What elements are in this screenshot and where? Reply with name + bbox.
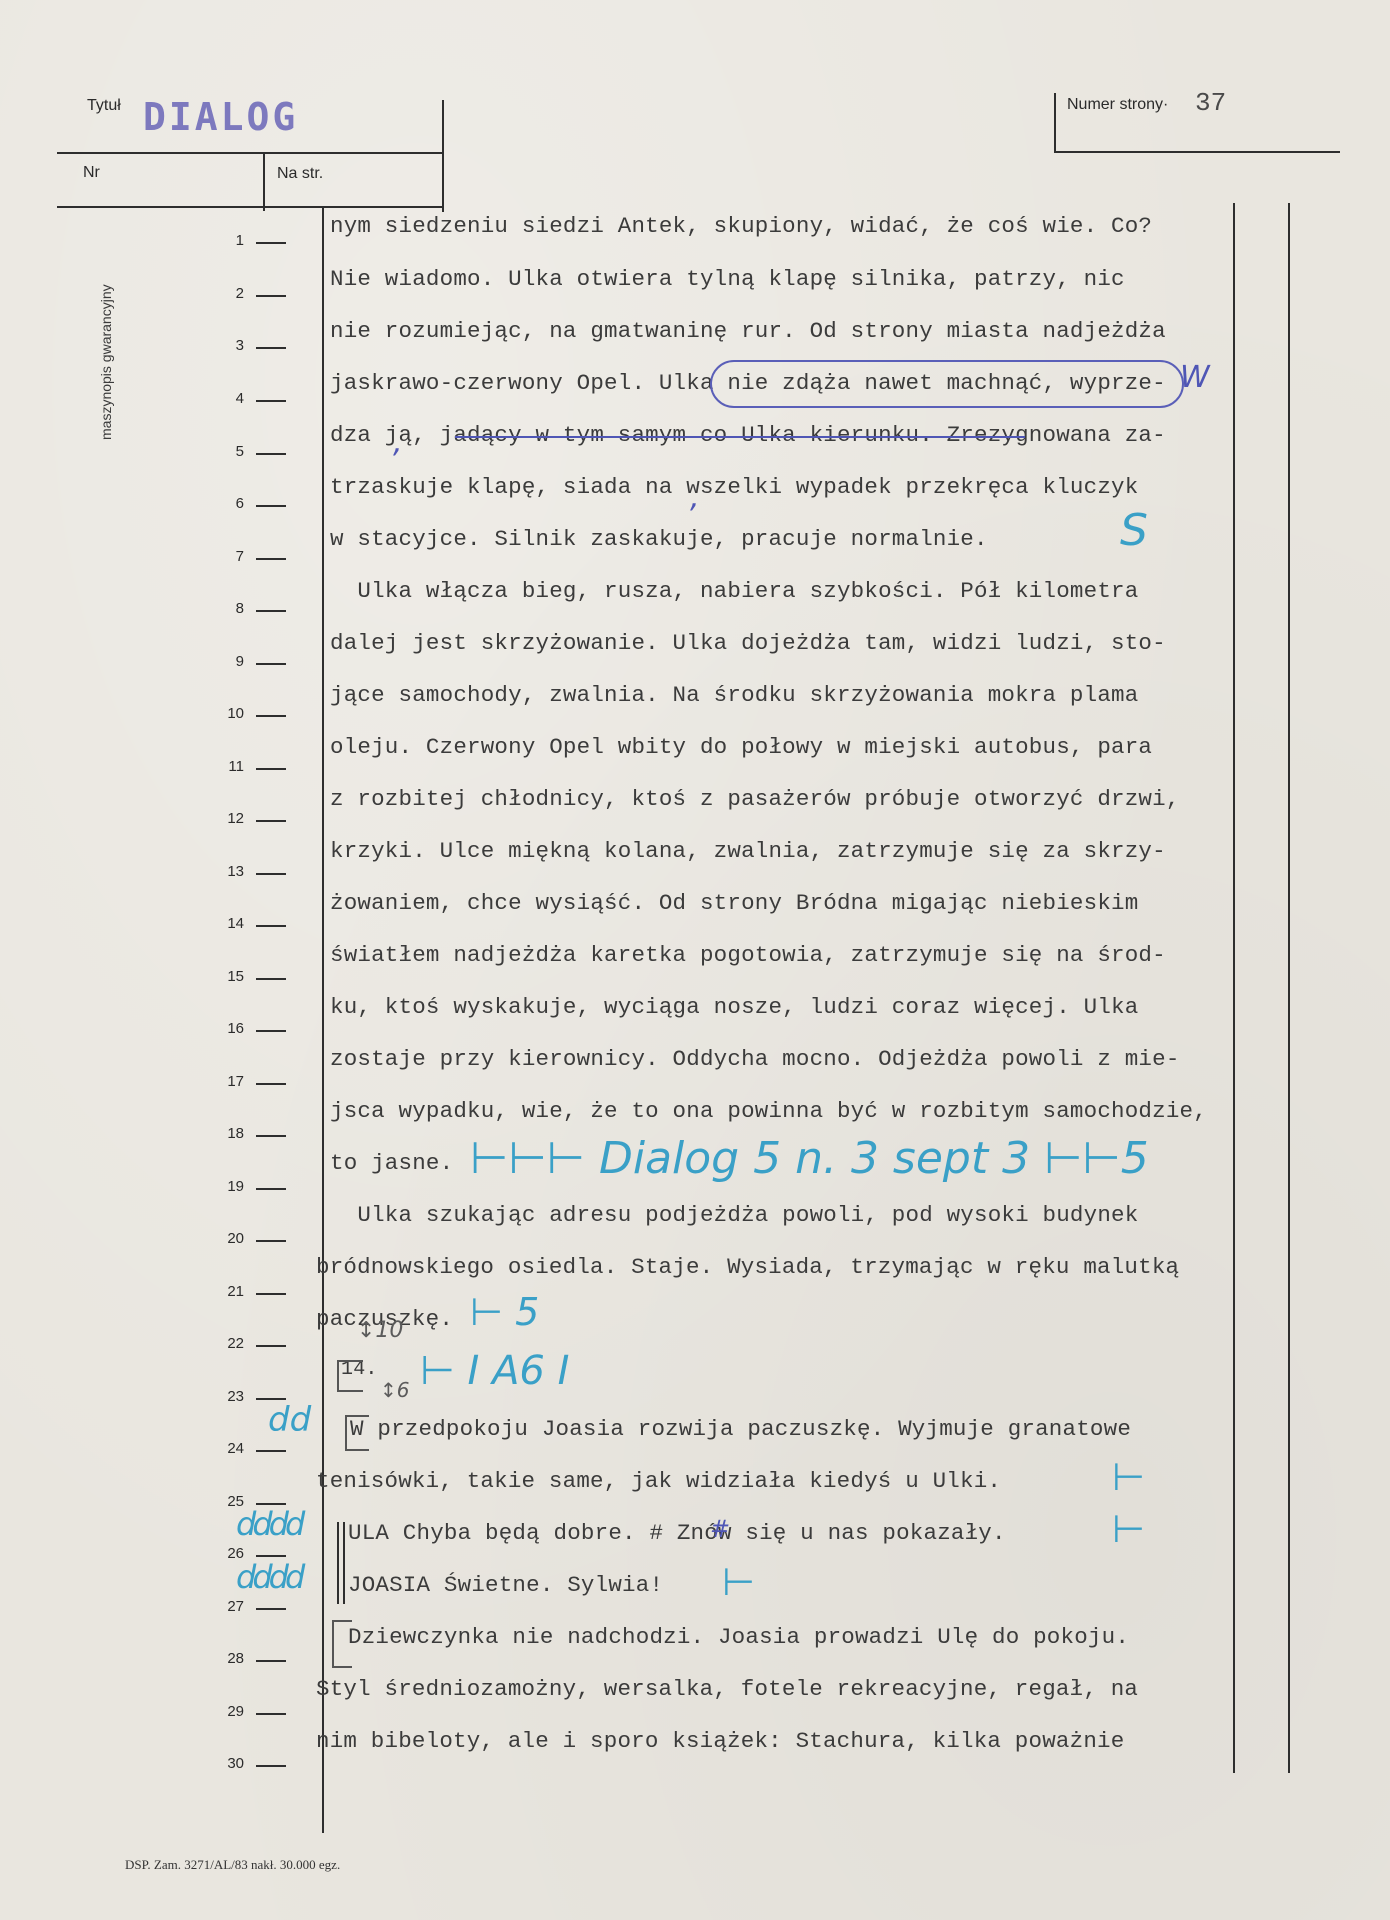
line-number: 7	[236, 548, 244, 565]
capital-w-mark: W	[1180, 360, 1210, 395]
line-number: 12	[227, 810, 244, 827]
tick-mark	[256, 1608, 286, 1610]
left-margin-rule	[322, 206, 324, 1833]
line-number: 8	[236, 600, 244, 617]
typed-line: nim bibeloty, ale i sporo książek: Stach…	[316, 1728, 1124, 1754]
tick-mark	[256, 347, 286, 349]
tick-mark	[256, 768, 286, 770]
dialogue-bracket	[343, 1522, 345, 1604]
margin-mark: dddd	[236, 1505, 301, 1543]
paragraph-bracket	[332, 1620, 352, 1668]
paragraph-bracket	[345, 1415, 369, 1451]
insert-comma-mark: ,	[393, 425, 403, 460]
line-number: 18	[227, 1125, 244, 1142]
typed-line: dza ją, jadący w tym samym co Ulka kieru…	[330, 422, 1166, 448]
print-footer: DSP. Zam. 3271/AL/83 nakł. 30.000 egz.	[125, 1857, 340, 1873]
line-number: 22	[227, 1335, 244, 1352]
paragraph-s-mark: S	[1120, 505, 1148, 556]
page-number-box-rule	[1054, 151, 1340, 153]
tick-mark	[256, 1135, 286, 1137]
tick-mark	[256, 715, 286, 717]
right-margin-rule	[1233, 203, 1235, 1773]
typed-line: z rozbitej chłodnicy, ktoś z pasażerów p…	[330, 786, 1180, 812]
tick-mark	[256, 663, 286, 665]
margin-mark: dddd	[236, 1558, 301, 1596]
dialogue-line-ula: ULA Chyba będą dobre. # Znów się u nas p…	[348, 1520, 1006, 1546]
title-stamp: DIALOG	[143, 95, 298, 139]
typed-line: oleju. Czerwony Opel wbity do połowy w m…	[330, 734, 1152, 760]
end-mark: ⊢	[1112, 1507, 1145, 1551]
line-number: 23	[227, 1388, 244, 1405]
insert-comma-mark: ,	[690, 480, 700, 515]
document-page: Tytuł DIALOG Nr Na str. Numer strony· 37…	[0, 0, 1390, 1920]
line-number: 19	[227, 1178, 244, 1195]
typed-line: W przedpokoju Joasia rozwija paczuszkę. …	[350, 1416, 1131, 1442]
header-divider	[263, 153, 265, 211]
line-number: 15	[227, 968, 244, 985]
dialogue-bracket	[337, 1522, 339, 1604]
editor-note-dialog: ⊢⊢⊢ Dialog 5 n. 3 sept 3 ⊢⊢5	[470, 1133, 1149, 1184]
tick-mark	[256, 400, 286, 402]
typed-line: Dziewczynka nie nadchodzi. Joasia prowad…	[348, 1624, 1129, 1650]
tick-mark	[256, 295, 286, 297]
typed-line: nie rozumiejąc, na gmatwaninę rur. Od st…	[330, 318, 1166, 344]
line-number: 1	[236, 232, 244, 249]
typed-line: żowaniem, chce wysiąść. Od strony Bródna…	[330, 890, 1138, 916]
tick-mark	[256, 1765, 286, 1767]
strikethrough-mark	[455, 436, 1025, 438]
scene-bracket	[337, 1360, 363, 1392]
line-number: 17	[227, 1073, 244, 1090]
tick-mark	[256, 820, 286, 822]
tick-mark	[256, 1083, 286, 1085]
right-outer-rule	[1288, 203, 1290, 1773]
line-number: 10	[227, 705, 244, 722]
line-number: 4	[236, 390, 244, 407]
page-number-box-edge	[1054, 93, 1056, 153]
tick-mark	[256, 1030, 286, 1032]
tick-mark	[256, 1188, 286, 1190]
line-number: 5	[236, 443, 244, 460]
title-label: Tytuł	[87, 97, 121, 115]
circled-phrase-outline	[710, 360, 1184, 408]
end-mark: ⊢	[1112, 1455, 1145, 1499]
editor-mark-line23: ⊢ I A6 I	[420, 1348, 569, 1394]
tick-mark	[256, 610, 286, 612]
typed-line: ku, ktoś wyskakuje, wyciąga nosze, ludzi…	[330, 994, 1138, 1020]
dialogue-line-joasia: JOASIA Świetne. Sylwia!	[348, 1572, 663, 1598]
typed-line: Styl średniozamożny, wersalka, fotele re…	[316, 1676, 1138, 1702]
line-number: 14	[227, 915, 244, 932]
line-number: 28	[227, 1650, 244, 1667]
typed-line: dalej jest skrzyżowanie. Ulka dojeżdża t…	[330, 630, 1166, 656]
line-number: 27	[227, 1598, 244, 1615]
line-number: 21	[227, 1283, 244, 1300]
typed-line: jące samochody, zwalnia. Na środku skrzy…	[330, 682, 1138, 708]
typed-line: Ulka szukając adresu podjeżdża powoli, p…	[330, 1202, 1138, 1228]
tick-mark	[256, 1713, 286, 1715]
line-number: 20	[227, 1230, 244, 1247]
typed-line: nym siedzeniu siedzi Antek, skupiony, wi…	[330, 213, 1152, 239]
spacing-mark: ↕10	[357, 1318, 403, 1343]
line-number: 13	[227, 863, 244, 880]
line-number: 30	[227, 1755, 244, 1772]
line-number: 9	[236, 653, 244, 670]
page-number-label: Numer strony·	[1067, 96, 1168, 114]
typed-line: zostaje przy kierownicy. Oddycha mocno. …	[330, 1046, 1180, 1072]
tick-mark	[256, 1240, 286, 1242]
typed-line: tenisówki, takie same, jak widziała kied…	[316, 1468, 1001, 1494]
spacing-mark: ↕6	[380, 1378, 409, 1402]
tick-mark	[256, 1450, 286, 1452]
tick-mark	[256, 978, 286, 980]
header-rule	[57, 152, 444, 154]
tick-mark	[256, 1345, 286, 1347]
line-number: 29	[227, 1703, 244, 1720]
end-mark: ⊢	[722, 1560, 755, 1604]
typed-line: trzaskuje klapę, siada na wszelki wypade…	[330, 474, 1138, 500]
tick-mark	[256, 1555, 286, 1557]
typed-line: krzyki. Ulce miękną kolana, zwalnia, zat…	[330, 838, 1166, 864]
tick-mark	[256, 505, 286, 507]
typed-line: Nie wiadomo. Ulka otwiera tylną klapę si…	[330, 266, 1125, 292]
typed-line: jsca wypadku, wie, że to ona powinna być…	[330, 1098, 1207, 1124]
line-number: 24	[227, 1440, 244, 1457]
tick-mark	[256, 873, 286, 875]
tick-mark	[256, 558, 286, 560]
tick-mark	[256, 925, 286, 927]
tick-mark	[256, 1293, 286, 1295]
hash-mark: #	[710, 1515, 730, 1543]
header-rule	[57, 206, 444, 208]
typed-line: Ulka włącza bieg, rusza, nabiera szybkoś…	[330, 578, 1138, 604]
page-number-value: 37	[1195, 88, 1226, 118]
margin-mark: dd	[268, 1400, 311, 1440]
typed-line: bródnowskiego osiedla. Staje. Wysiada, t…	[316, 1254, 1179, 1280]
editor-mark-line22: ⊢ 5	[470, 1290, 539, 1334]
tick-mark	[256, 453, 286, 455]
tick-mark	[256, 1660, 286, 1662]
header-divider	[442, 100, 444, 212]
line-number: 3	[236, 337, 244, 354]
line-number: 11	[228, 758, 244, 775]
typed-line: światłem nadjeżdża karetka pogotowia, za…	[330, 942, 1166, 968]
typed-line: w stacyjce. Silnik zaskakuje, pracuje no…	[330, 526, 988, 552]
nr-label: Nr	[83, 164, 100, 182]
line-number: 6	[236, 495, 244, 512]
na-str-label: Na str.	[277, 165, 323, 183]
tick-mark	[256, 242, 286, 244]
line-number: 2	[236, 285, 244, 302]
typed-line: to jasne.	[330, 1150, 453, 1176]
line-number: 16	[227, 1020, 244, 1037]
